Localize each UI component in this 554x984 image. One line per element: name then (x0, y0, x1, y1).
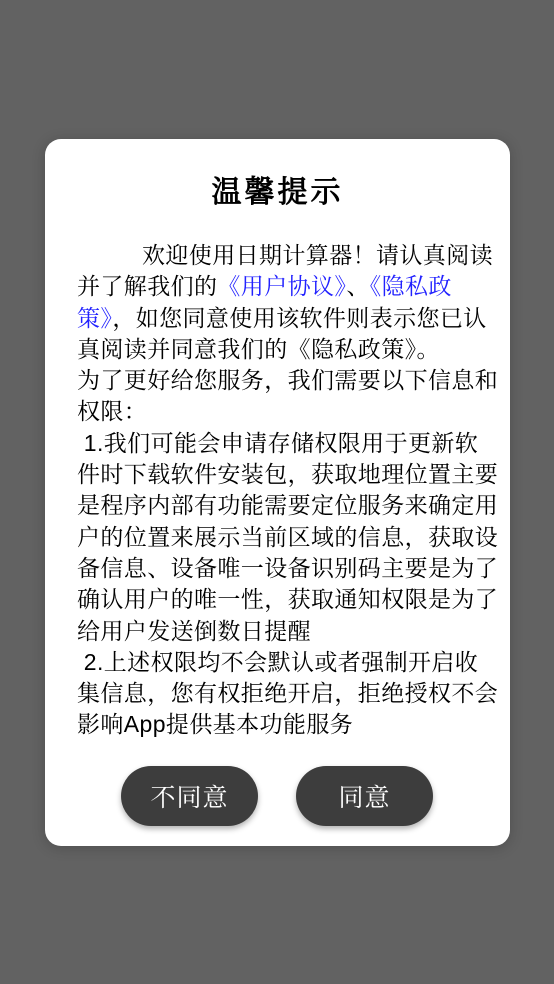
body-text-segment: 欢迎使用日期计算器！请认真阅读 (142, 242, 493, 268)
dialog-button-row: 不同意 同意 (45, 766, 510, 826)
privacy-policy-link[interactable]: 《隐私政 (370, 273, 452, 299)
body-text-segment: ，如您同意使用该软件则表示您已认 (112, 305, 486, 331)
body-text-line: 策》，如您同意使用该软件则表示您已认 (77, 303, 502, 334)
body-text-segment: 集信息，您有权拒绝开启，拒绝授权不会 (77, 680, 498, 706)
body-text-line: 1.我们可能会申请存储权限用于更新软 (77, 428, 502, 459)
body-text-segment: 户的位置来展示当前区域的信息，获取设 (77, 524, 498, 550)
body-text-segment: 、 (346, 273, 369, 299)
body-text-segment: 权限： (77, 398, 147, 424)
body-text-line: 给用户发送倒数日提醒 (77, 616, 502, 647)
body-text-line: 为了更好给您服务，我们需要以下信息和 (77, 365, 502, 396)
dialog-body-text: 欢迎使用日期计算器！请认真阅读并了解我们的《用户协议》、《隐私政策》，如您同意使… (77, 240, 502, 741)
body-text-segment: 确认用户的唯一性，获取通知权限是为了 (77, 586, 498, 612)
agree-button[interactable]: 同意 (296, 766, 433, 826)
body-text-line: 权限： (77, 396, 502, 427)
body-text-line: 备信息、设备唯一设备识别码主要是为了 (77, 553, 502, 584)
dimmed-overlay: 温馨提示 欢迎使用日期计算器！请认真阅读并了解我们的《用户协议》、《隐私政策》，… (0, 0, 554, 984)
body-text-line: 是程序内部有功能需要定位服务来确定用 (77, 490, 502, 521)
body-text-segment: 为了更好给您服务，我们需要以下信息和 (77, 367, 498, 393)
body-text-segment: 2.上述权限均不会默认或者强制开启收 (77, 649, 478, 675)
body-text-line: 并了解我们的《用户协议》、《隐私政 (77, 271, 502, 302)
body-text-line: 欢迎使用日期计算器！请认真阅读 (77, 240, 502, 271)
body-text-line: 真阅读并同意我们的《隐私政策》。 (77, 334, 502, 365)
body-text-line: 户的位置来展示当前区域的信息，获取设 (77, 522, 502, 553)
privacy-policy-link-continued[interactable]: 策》 (77, 305, 112, 331)
body-text-segment: 影响App提供基本功能服务 (77, 711, 353, 737)
body-text-segment: 备信息、设备唯一设备识别码主要是为了 (77, 555, 498, 581)
privacy-consent-dialog: 温馨提示 欢迎使用日期计算器！请认真阅读并了解我们的《用户协议》、《隐私政策》，… (45, 139, 510, 846)
user-agreement-link[interactable]: 《用户协议》 (217, 273, 346, 299)
body-text-segment: 给用户发送倒数日提醒 (77, 618, 311, 644)
body-text-line: 影响App提供基本功能服务 (77, 709, 502, 740)
body-text-segment: 1.我们可能会申请存储权限用于更新软 (77, 430, 478, 456)
body-text-line: 集信息，您有权拒绝开启，拒绝授权不会 (77, 678, 502, 709)
body-text-segment: 真阅读并同意我们的《隐私政策》。 (77, 336, 440, 362)
body-text-line: 2.上述权限均不会默认或者强制开启收 (77, 647, 502, 678)
body-text-line: 确认用户的唯一性，获取通知权限是为了 (77, 584, 502, 615)
body-text-segment: 是程序内部有功能需要定位服务来确定用 (77, 492, 498, 518)
body-text-segment: 件时下载软件安装包，获取地理位置主要 (77, 461, 498, 487)
body-text-segment: 并了解我们的 (77, 273, 217, 299)
disagree-button[interactable]: 不同意 (121, 766, 258, 826)
body-text-line: 件时下载软件安装包，获取地理位置主要 (77, 459, 502, 490)
dialog-title: 温馨提示 (45, 175, 510, 211)
